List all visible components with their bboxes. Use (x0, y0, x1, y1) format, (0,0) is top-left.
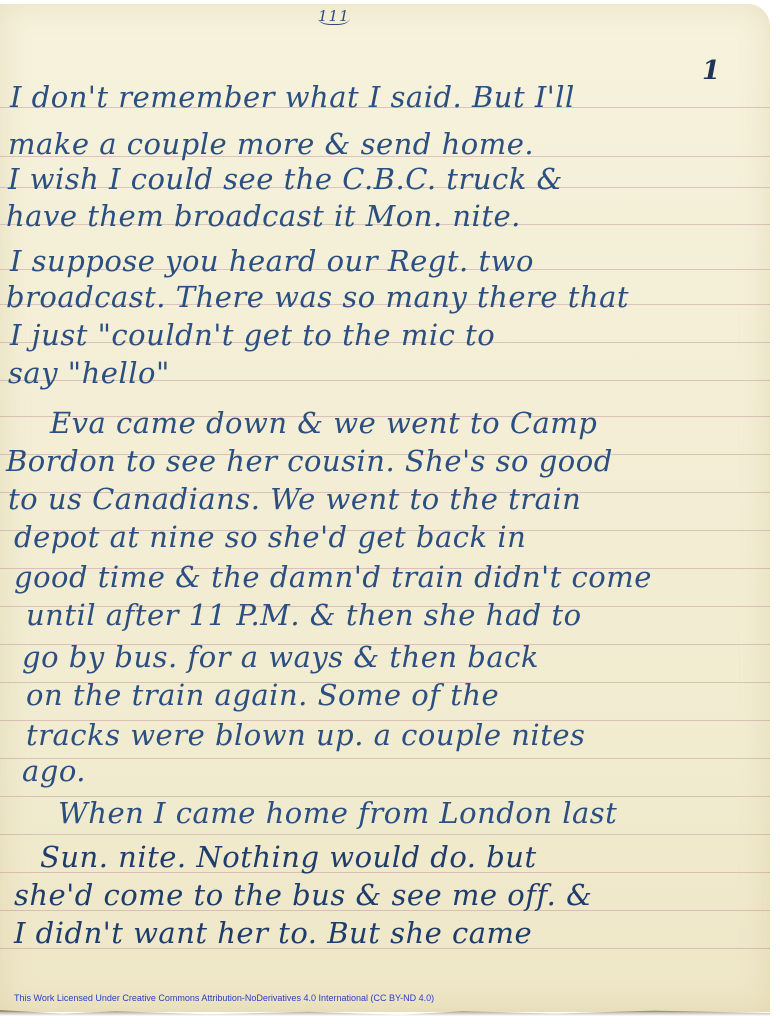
letter-line: I don't remember what I said. But I'll (10, 80, 575, 114)
ruled-line (0, 758, 770, 759)
letter-line: go by bus. for a ways & then back (22, 640, 539, 674)
letter-line: Eva came down & we went to Camp (50, 406, 597, 440)
letter-line: she'd come to the bus & see me off. & (14, 878, 592, 912)
license-notice: This Work Licensed Under Creative Common… (14, 993, 434, 1003)
letter-line: to us Canadians. We went to the train (8, 482, 581, 516)
letter-line: ago. (22, 754, 86, 788)
letter-line: say "hello" (8, 356, 170, 390)
letter-line: tracks were blown up. a couple nites (26, 718, 585, 752)
letter-line: I suppose you heard our Regt. two (10, 244, 534, 278)
letter-line: I wish I could see the C.B.C. truck & (8, 162, 563, 196)
sheet-number: 1 (702, 56, 720, 86)
letter-line: good time & the damn'd train didn't come (14, 560, 652, 594)
letter-line: When I came home from London last (58, 796, 617, 830)
letter-line: on the train again. Some of the (26, 678, 499, 712)
page-marker: 111 (318, 8, 350, 25)
letter-line: until after 11 P.M. & then she had to (26, 598, 582, 632)
letter-line: make a couple more & send home. (8, 127, 534, 161)
letter-line: depot at nine so she'd get back in (14, 520, 526, 554)
ruled-line (0, 834, 770, 835)
letter-line: I didn't want her to. But she came (14, 916, 532, 950)
letter-line: broadcast. There was so many there that (6, 280, 629, 314)
letter-line: I just "couldn't get to the mic to (10, 318, 495, 352)
letter-line: Sun. nite. Nothing would do. but (40, 840, 537, 874)
letter-page: 111 1 I don't remember what I said. But … (0, 4, 770, 1012)
letter-line: Bordon to see her cousin. She's so good (6, 444, 613, 478)
letter-line: have them broadcast it Mon. nite. (6, 199, 521, 233)
